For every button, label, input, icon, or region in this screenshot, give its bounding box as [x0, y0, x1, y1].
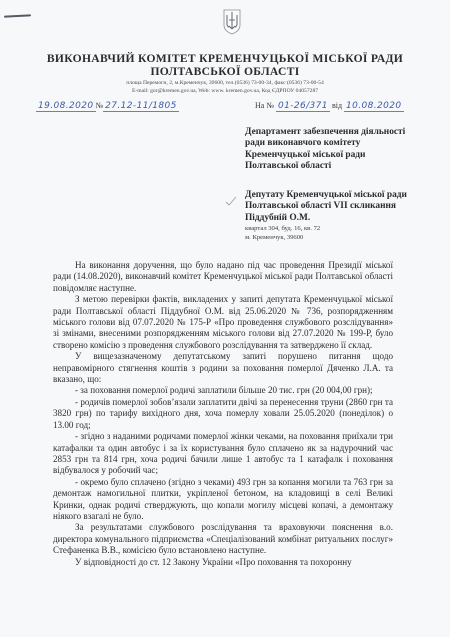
body-bullet: - родичів померлої зобов’язали заплатити…	[53, 397, 393, 431]
deputy-address-street: квартал 304, буд. 16, кв. 72	[245, 224, 320, 233]
from-label: від	[332, 101, 342, 110]
organization-contacts: площа Перемоги, 2, м.Кременчук, 39600, т…	[0, 80, 450, 95]
document-page: ВИКОНАВЧИЙ КОМІТЕТ КРЕМЕНЧУЦЬКОЇ МІСЬКОЇ…	[0, 0, 450, 637]
body-bullet: - згідно з наданими родичами померлої жі…	[53, 431, 393, 477]
margin-pen-mark	[4, 14, 31, 17]
reply-to-date: 10.08.2020	[344, 101, 404, 112]
addressee-line: Депутату Кременчуцької міської ради	[245, 190, 407, 201]
body-paragraph: За результатами службового розслідування…	[53, 522, 393, 556]
reply-to-label: На №	[255, 101, 274, 110]
org-name-line-1: ВИКОНАВЧИЙ КОМІТЕТ КРЕМЕНЧУЦЬКОЇ МІСЬКОЇ…	[0, 52, 450, 65]
body-paragraph: У вищезазначеному депутатському запиті п…	[53, 351, 393, 385]
addressee-line: Полтавської області	[245, 161, 405, 172]
org-name-line-2: ПОЛТАВСЬКОЇ ОБЛАСТІ	[0, 65, 450, 78]
outgoing-number: 27.12-11/1805	[103, 101, 179, 112]
body-paragraph: У відповідності до ст. 12 Закону України…	[53, 557, 393, 568]
body-bullet: - окремо було сплачено (згідно з чеками)…	[53, 477, 393, 523]
org-address: площа Перемоги, 2, м.Кременчук, 39600, т…	[0, 80, 450, 88]
outgoing-date: 19.08.2020	[36, 101, 96, 112]
coat-of-arms-icon	[223, 9, 241, 35]
addressee-deputy: Депутату Кременчуцької міської ради Полт…	[245, 190, 407, 224]
outgoing-registration: 19.08.2020№27.12-11/1805	[36, 101, 179, 111]
addressee-line: Департамент забезпечення діяльності	[245, 127, 405, 138]
addressee-line: Кременчуцької міської ради	[245, 150, 405, 161]
checkmark-icon	[225, 196, 237, 206]
body-bullet: - за поховання померлої родичі заплатили…	[53, 385, 393, 396]
organization-title: ВИКОНАВЧИЙ КОМІТЕТ КРЕМЕНЧУЦЬКОЇ МІСЬКОЇ…	[0, 52, 450, 78]
org-email-web-code: E-mail: gor@kremen.gov.ua, Web: www. kre…	[0, 88, 450, 96]
addressee-department: Департамент забезпечення діяльності ради…	[245, 127, 405, 173]
addressee-line: ради виконавчого комітету	[245, 138, 405, 149]
deputy-address-city: м. Кременчук, 39600	[245, 233, 303, 242]
addressee-line: Полтавської області VII скликання	[245, 201, 407, 212]
body-paragraph: З метою перевірки фактів, викладених у з…	[53, 294, 393, 351]
body-paragraph: На виконання доручення, що було надано п…	[53, 260, 393, 294]
addressee-line: Піддубній О.М.	[245, 213, 407, 224]
letter-body: На виконання доручення, що було надано п…	[53, 260, 393, 568]
reply-reference: На № 01-26/371 від 10.08.2020	[255, 101, 404, 111]
reply-to-number: 01-26/371	[276, 101, 330, 112]
